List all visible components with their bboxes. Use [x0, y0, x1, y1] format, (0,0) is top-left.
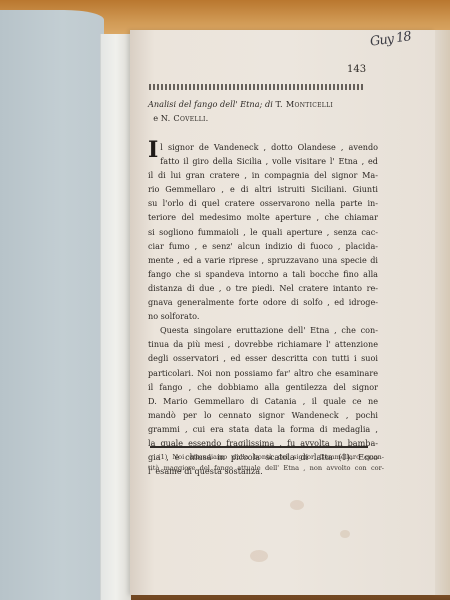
footnote: (1) Noi attendiamo dalla bontà del signo… — [148, 452, 384, 474]
text-line: rio Gemmellaro , e di altri istruiti Sic… — [148, 182, 378, 196]
footnote-rule — [150, 446, 368, 448]
text-line: no solforato. — [148, 309, 378, 323]
text-line: gnava generalmente forte odore di solfo … — [148, 295, 378, 309]
book-cover-board — [0, 10, 104, 600]
text-line: degli osservatori , ed esser descritta c… — [148, 351, 378, 365]
text-line: ciar fumo , e senz' alcun indizio di fuo… — [148, 239, 378, 253]
drop-cap: I — [148, 141, 158, 159]
text-line: distanza di due , o tre piedi. Nel crate… — [148, 281, 378, 295]
title-conjunction: e — [153, 113, 158, 123]
article-body: I l signor de Vandeneck , dotto Olandese… — [148, 140, 378, 478]
text-line: teriore del medesimo molte aperture , ch… — [148, 210, 378, 224]
author-covelli: N. Covelli. — [161, 113, 209, 123]
text-line: fango che si spandeva intorno a tali boc… — [148, 267, 378, 281]
text-line: il fango , che dobbiamo alla gentilezza … — [148, 380, 378, 394]
text-line: grammi , cui era stata data la forma di … — [148, 422, 378, 436]
title-by: di — [265, 99, 273, 109]
text-line: mandò per lo cennato signor Wandeneck , … — [148, 408, 378, 422]
text-line: su l'orlo di quel cratere osservarono ne… — [148, 196, 378, 210]
text-line: fatto il giro della Sicilia , volle visi… — [148, 154, 378, 168]
paragraph-1: I l signor de Vandeneck , dotto Olandese… — [148, 140, 378, 323]
title-text: Analisi del fango dell' Etna; — [148, 99, 262, 109]
article-title: Analisi del fango dell' Etna; di T. Mont… — [148, 97, 398, 125]
author-monticelli: T. Monticelli — [275, 99, 333, 109]
text-line: il di lui gran cratere , in compagnia de… — [148, 168, 378, 182]
text-line: mente , ed a varie riprese , spruzzavano… — [148, 253, 378, 267]
text-line: l signor de Vandeneck , dotto Olandese ,… — [148, 140, 378, 154]
paper-stain — [340, 530, 350, 538]
paper-stain — [250, 550, 268, 562]
decorative-rule — [149, 84, 363, 90]
text-line: Questa singolare eruttazione dell' Etna … — [148, 323, 378, 337]
page-number: 143 — [347, 64, 366, 75]
text-line: D. Mario Gemmellaro di Catania , il qual… — [148, 394, 378, 408]
footnote-line: (1) Noi attendiamo dalla bontà del signo… — [148, 452, 384, 463]
text-line: particolari. Noi non possiamo far' altro… — [148, 366, 378, 380]
text-line: tinua da più mesi , dovrebbe richiamare … — [148, 337, 378, 351]
paper-stain — [290, 500, 304, 510]
text-line: si sogliono fummaioli , le quali apertur… — [148, 225, 378, 239]
book-gutter — [100, 34, 131, 600]
footnote-line: tità maggiore del fango attuale dell' Et… — [148, 463, 384, 474]
